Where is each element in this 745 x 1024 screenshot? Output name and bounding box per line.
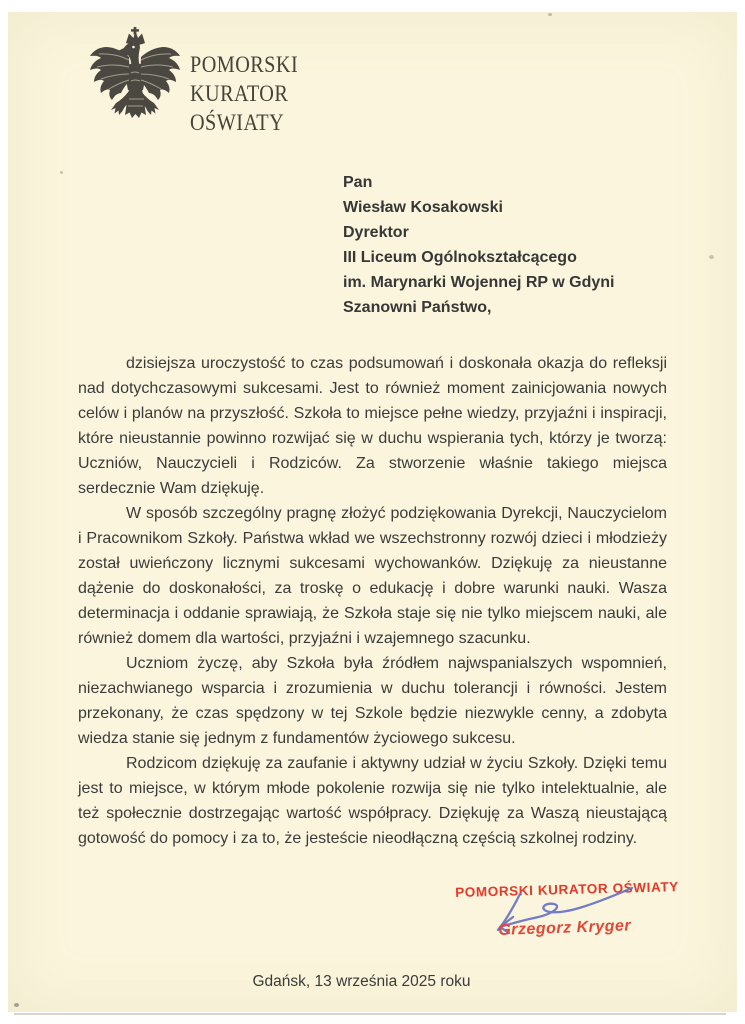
- scanned-letter-page: POMORSKI KURATOR OŚWIATY Pan Wiesław Kos…: [0, 0, 745, 1024]
- recipient-line: III Liceum Ogólnokształcącego: [343, 245, 614, 270]
- recipient-block: Pan Wiesław Kosakowski Dyrektor III Lice…: [343, 170, 614, 320]
- scan-speck: [709, 255, 714, 259]
- dateline: Gdańsk, 13 września 2025 roku: [8, 973, 737, 991]
- letter-body: dzisiejsza uroczystość to czas podsumowa…: [78, 351, 667, 851]
- recipient-line: im. Marynarki Wojennej RP w Gdyni: [343, 270, 614, 295]
- scan-speck: [60, 171, 63, 174]
- body-paragraph: Rodzicom dziękuję za zaufanie i aktywny …: [78, 751, 667, 851]
- org-title-line: POMORSKI: [190, 50, 298, 79]
- recipient-line: Pan: [343, 170, 614, 195]
- letterhead-org-title: POMORSKI KURATOR OŚWIATY: [190, 50, 298, 137]
- salutation: Szanowni Państwo,: [343, 295, 614, 320]
- scan-speck: [14, 1003, 19, 1007]
- polish-eagle-emblem-icon: [87, 27, 183, 139]
- body-paragraph: Uczniom życzę, aby Szkoła była źródłem n…: [78, 651, 667, 751]
- body-paragraph: W sposób szczególny pragnę złożyć podzię…: [78, 501, 667, 651]
- recipient-line: Wiesław Kosakowski: [343, 195, 614, 220]
- body-paragraph: dzisiejsza uroczystość to czas podsumowa…: [78, 351, 667, 501]
- scan-edge-line: [14, 1013, 726, 1015]
- org-title-line: OŚWIATY: [190, 108, 298, 137]
- scan-speck: [548, 13, 552, 16]
- recipient-line: Dyrektor: [343, 220, 614, 245]
- org-title-line: KURATOR: [190, 79, 298, 108]
